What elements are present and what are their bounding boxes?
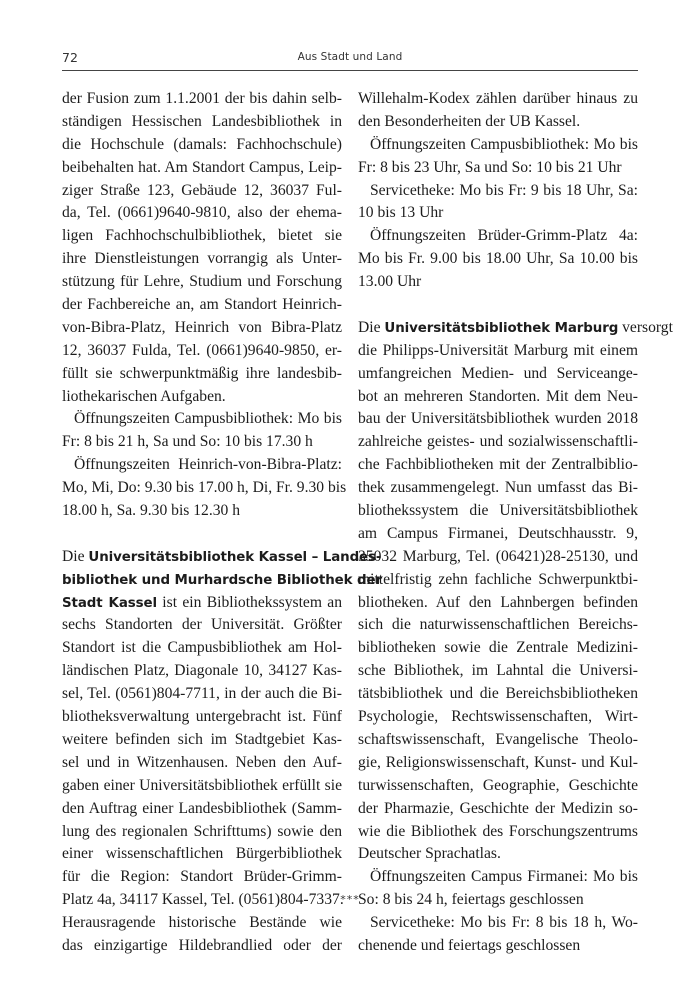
opening-hours-line: Öffnungszeiten Campusbibliothek: Mo bis <box>62 408 342 431</box>
text-line: das einzigartige Hildebrandlied oder der <box>62 935 342 958</box>
text-line: schaftswissenschaft, Evangelische Theolo… <box>358 729 638 752</box>
text-line: ihre Dienstleistungen vorrangig als Unte… <box>62 248 342 271</box>
text-line: liothekarischen Aufgaben. <box>62 386 342 409</box>
text-line: ständigen Hessischen Landesbibliothek in <box>62 111 342 134</box>
text-line: Die Universitätsbibliothek Marburg verso… <box>358 317 638 340</box>
text-line: bibliothek und Murhardsche Bibliothek de… <box>62 569 342 592</box>
text-line: einer wissenschaftlichen Bürgerbibliothe… <box>62 843 342 866</box>
library-name-bold: bibliothek und Murhardsche Bibliothek de… <box>62 573 382 588</box>
opening-hours-line: Servicetheke: Mo bis Fr: 8 bis 18 h, Wo- <box>358 912 638 935</box>
text-line: sel, Tel. (0561)804-7711, in der auch di… <box>62 683 342 706</box>
text-line: ziger Straße 123, Gebäude 12, 36037 Ful- <box>62 180 342 203</box>
text-run: Die <box>358 319 384 336</box>
text-line: lung des regionalen Schrifttums) sowie d… <box>62 821 342 844</box>
opening-hours-line: Öffnungszeiten Brüder-Grimm-Platz 4a: <box>358 225 638 248</box>
text-line: bot an mehreren Standorten. Mit dem Neu- <box>358 386 638 409</box>
text-line: Deutscher Sprachatlas. <box>358 843 638 866</box>
text-line: Stadt Kassel ist ein Bibliothekssystem a… <box>62 592 342 615</box>
text-line: stützung für Lehre, Studium und Forschun… <box>62 271 342 294</box>
text-line: Psychologie, Rechtswissenschaften, Wirt- <box>358 706 638 729</box>
header-rule <box>62 70 638 71</box>
opening-hours-line: Fr: 8 bis 23 Uhr, Sa und So: 10 bis 21 U… <box>358 157 638 180</box>
text-line: bliotheksverwaltung untergebracht ist. F… <box>62 706 342 729</box>
text-line: bau der Universitätsbibliothek wurden 20… <box>358 408 638 431</box>
library-name-bold: Universitätsbibliothek Marburg <box>384 321 618 336</box>
section-separator: *** <box>0 893 700 906</box>
opening-hours-line: 10 bis 13 Uhr <box>358 202 638 225</box>
left-text-column: der Fusion zum 1.1.2001 der bis dahin se… <box>62 88 342 958</box>
text-line: 12, 36037 Fulda, Tel. (0661)9640-9850, e… <box>62 340 342 363</box>
text-line: der Pharmazie, Geschichte der Medizin so… <box>358 798 638 821</box>
text-line: die Hochschule (damals: Fachhochschule) <box>62 134 342 157</box>
text-line: sche Bibliothek, im Lahntal die Universi… <box>358 660 638 683</box>
text-line: beibehalten hat. Am Standort Campus, Lei… <box>62 157 342 180</box>
opening-hours-line: Fr: 8 bis 21 h, Sa und So: 10 bis 17.30 … <box>62 431 342 454</box>
opening-hours-line: chenende und feiertags geschlossen <box>358 935 638 958</box>
text-run: ist ein Bibliothekssystem an <box>157 594 342 611</box>
text-line: am Campus Firmanei, Deutschhausstr. 9, <box>358 523 638 546</box>
text-line: 35032 Marburg, Tel. (06421)28-25130, und <box>358 546 638 569</box>
text-line: thek zusammengelegt. Nun umfasst das Bi- <box>358 477 638 500</box>
text-line: sel und in Witzenhausen. Neben den Auf- <box>62 752 342 775</box>
text-line: den Besonderheiten der UB Kassel. <box>358 111 638 134</box>
text-line: Herausragende historische Bestände wie <box>62 912 342 935</box>
text-line: umfangreichen Medien- und Serviceange- <box>358 363 638 386</box>
text-line: tätsbibliothek und die Bereichsbibliothe… <box>358 683 638 706</box>
text-line: Willehalm-Kodex zählen darüber hinaus zu <box>358 88 638 111</box>
text-line: zahlreiche geistes- und sozialwissenscha… <box>358 431 638 454</box>
text-line: che Fachbibliotheken mit der Zentralbibl… <box>358 454 638 477</box>
text-line: gaben einer Universitätsbibliothek erfül… <box>62 775 342 798</box>
opening-hours-line: 18.00 h, Sa. 9.30 bis 12.30 h <box>62 500 342 523</box>
book-page: 72 Aus Stadt und Land der Fusion zum 1.1… <box>0 0 700 988</box>
paragraph-gap <box>358 294 638 317</box>
text-line: die Philipps-Universität Marburg mit ein… <box>358 340 638 363</box>
text-line: der Fusion zum 1.1.2001 der bis dahin se… <box>62 88 342 111</box>
text-line: bliotheken. Auf den Lahnbergen befinden <box>358 592 638 615</box>
text-run: versorgt <box>618 319 673 336</box>
opening-hours-line: Öffnungszeiten Heinrich-von-Bibra-Platz: <box>62 454 342 477</box>
text-line: Standort ist die Campusbibliothek am Hol… <box>62 637 342 660</box>
text-line: den Auftrag einer Landesbibliothek (Samm… <box>62 798 342 821</box>
opening-hours-line: Mo bis Fr. 9.00 bis 18.00 Uhr, Sa 10.00 … <box>358 248 638 271</box>
text-line: für die Region: Standort Brüder-Grimm- <box>62 866 342 889</box>
text-line: der Fachbereiche an, am Standort Heinric… <box>62 294 342 317</box>
text-line: von-Bibra-Platz, Heinrich von Bibra-Plat… <box>62 317 342 340</box>
opening-hours-line: Servicetheke: Mo bis Fr: 9 bis 18 Uhr, S… <box>358 180 638 203</box>
text-line: turwissenschaften, Geographie, Geschicht… <box>358 775 638 798</box>
right-text-column: Willehalm-Kodex zählen darüber hinaus zu… <box>358 88 638 958</box>
text-line: gie, Religionswissenschaft, Kunst- und K… <box>358 752 638 775</box>
text-line: sich die naturwissenschaftlichen Bereich… <box>358 614 638 637</box>
text-line: bibliotheken sowie die Zentrale Medizini… <box>358 637 638 660</box>
library-name-bold: Stadt Kassel <box>62 596 157 611</box>
paragraph-gap <box>62 523 342 546</box>
opening-hours-line: Öffnungszeiten Campus Firmanei: Mo bis <box>358 866 638 889</box>
text-line: mittelfristig zehn fachliche Schwerpunkt… <box>358 569 638 592</box>
text-line: ligen Fachhochschulbibliothek, bietet si… <box>62 225 342 248</box>
running-title: Aus Stadt und Land <box>62 51 638 63</box>
opening-hours-line: Mo, Mi, Do: 9.30 bis 17.00 h, Di, Fr. 9.… <box>62 477 342 500</box>
text-line: füllt sie schwerpunktmäßig ihre landesbi… <box>62 363 342 386</box>
text-line: Die Universitätsbibliothek Kassel – Land… <box>62 546 342 569</box>
text-line: ländischen Platz, Diagonale 10, 34127 Ka… <box>62 660 342 683</box>
running-head: 72 Aus Stadt und Land <box>62 50 638 68</box>
text-line: sechs Standorten der Universität. Größte… <box>62 614 342 637</box>
text-run: Die <box>62 548 88 565</box>
library-name-bold: Universitätsbibliothek Kassel – Landes- <box>88 550 381 565</box>
text-line: weitere befinden sich im Stadtgebiet Kas… <box>62 729 342 752</box>
text-line: da, Tel. (0661)9640-9810, also der ehema… <box>62 202 342 225</box>
text-line: wie die Bibliothek des Forschungszentrum… <box>358 821 638 844</box>
opening-hours-line: 13.00 Uhr <box>358 271 638 294</box>
text-line: bliothekssystem die Universitätsbiblioth… <box>358 500 638 523</box>
opening-hours-line: Öffnungszeiten Campusbibliothek: Mo bis <box>358 134 638 157</box>
